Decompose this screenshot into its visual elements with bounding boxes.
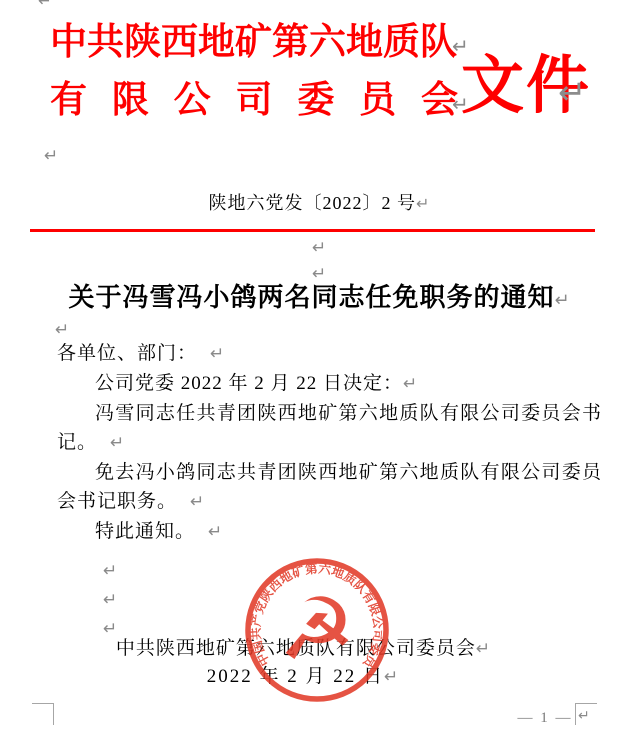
letterhead-char: 公 — [174, 80, 211, 122]
body-paragraph: 特此通知。↵ — [57, 517, 602, 547]
signature-org-text: 中共陕西地矿第六地质队有限公司委员会 — [116, 638, 476, 659]
document-title-text: 关于冯雪冯小鸽两名同志任免职务的通知 — [68, 283, 554, 312]
paragraph-mark-icon: ↵ — [558, 76, 587, 110]
document-title: 关于冯雪冯小鸽两名同志任免职务的通知↵ — [0, 282, 639, 317]
body-text: 各单位、部门：↵ 公司党委 2022 年 2 月 22 日决定：↵ 冯雪同志任共… — [57, 339, 602, 643]
letterhead-char: 员 — [359, 80, 396, 122]
paragraph-mark-icon: ↵ — [554, 290, 570, 311]
letterhead-char: 限 — [112, 80, 149, 122]
body-paragraph-text: 免去冯小鸽同志共青团陕西地矿第六地质队有限公司委员会书记职务。 — [57, 462, 602, 512]
empty-line: ↵ — [57, 585, 602, 614]
paragraph-mark-icon: ↵ — [403, 374, 417, 394]
letterhead-org-line1: 中共陕西地矿第六地质队 — [50, 22, 458, 64]
signature-org: 中共陕西地矿第六地质队有限公司委员会↵ — [0, 637, 607, 661]
paragraph-mark-icon: ↵ — [384, 667, 400, 687]
body-salutation: 各单位、部门：↵ — [57, 339, 602, 369]
body-paragraph: 免去冯小鸽同志共青团陕西地矿第六地质队有限公司委员会书记职务。↵ — [57, 458, 602, 517]
paragraph-mark-icon: ↵ — [44, 148, 58, 165]
signature-date: 2022 年 2 月 22 日↵ — [0, 665, 607, 689]
paragraph-mark-icon: ↵ — [416, 194, 430, 213]
body-paragraph-text: 冯雪同志任共青团陕西地矿第六地质队有限公司委员会书记。 — [57, 403, 602, 453]
paragraph-mark-icon: ↵ — [190, 492, 204, 512]
paragraph-mark-icon: ↵ — [208, 522, 222, 542]
letterhead-char: 有 — [50, 80, 87, 122]
document-page: ↵ 中共陕西地矿第六地质队 ↵ 有限公司委员会 ↵ 文件 ↵ ↵ 陕地六党发〔2… — [0, 0, 639, 746]
paragraph-mark-icon: ↵ — [103, 561, 117, 581]
document-number: 陕地六党发〔2022〕2 号↵ — [0, 192, 639, 215]
paragraph-mark-icon: ↵ — [110, 433, 124, 453]
body-paragraph-text: 特此通知。 — [95, 521, 195, 542]
body-paragraph: 公司党委 2022 年 2 月 22 日决定：↵ — [57, 369, 602, 399]
paragraph-mark-icon: ↵ — [210, 344, 224, 364]
paragraph-mark-icon: ↵ — [103, 590, 117, 610]
paragraph-mark-icon: ↵ — [312, 266, 326, 283]
letterhead-char: 委 — [297, 80, 334, 122]
letterhead-org-line2: 有限公司委员会 — [50, 80, 458, 122]
body-salutation-text: 各单位、部门： — [57, 343, 197, 364]
red-separator-rule — [30, 229, 595, 232]
signature-date-text: 2022 年 2 月 22 日 — [207, 666, 384, 687]
paragraph-mark-icon: ↵ — [578, 709, 590, 723]
paragraph-mark-icon: ↵ — [38, 0, 52, 10]
empty-line: ↵ — [57, 556, 602, 585]
paragraph-mark-icon: ↵ — [103, 619, 117, 639]
paragraph-mark-icon: ↵ — [476, 639, 491, 659]
body-paragraph: 冯雪同志任共青团陕西地矿第六地质队有限公司委员会书记。↵ — [57, 399, 602, 458]
paragraph-mark-icon: ↵ — [312, 240, 326, 257]
letterhead-char: 司 — [235, 80, 272, 122]
footer-boundary-left — [32, 703, 54, 725]
page-number: — 1 — — [500, 710, 590, 727]
document-number-text: 陕地六党发〔2022〕2 号 — [209, 193, 417, 213]
body-paragraph-text: 公司党委 2022 年 2 月 22 日决定： — [95, 373, 403, 394]
paragraph-mark-icon: ↵ — [55, 322, 69, 339]
